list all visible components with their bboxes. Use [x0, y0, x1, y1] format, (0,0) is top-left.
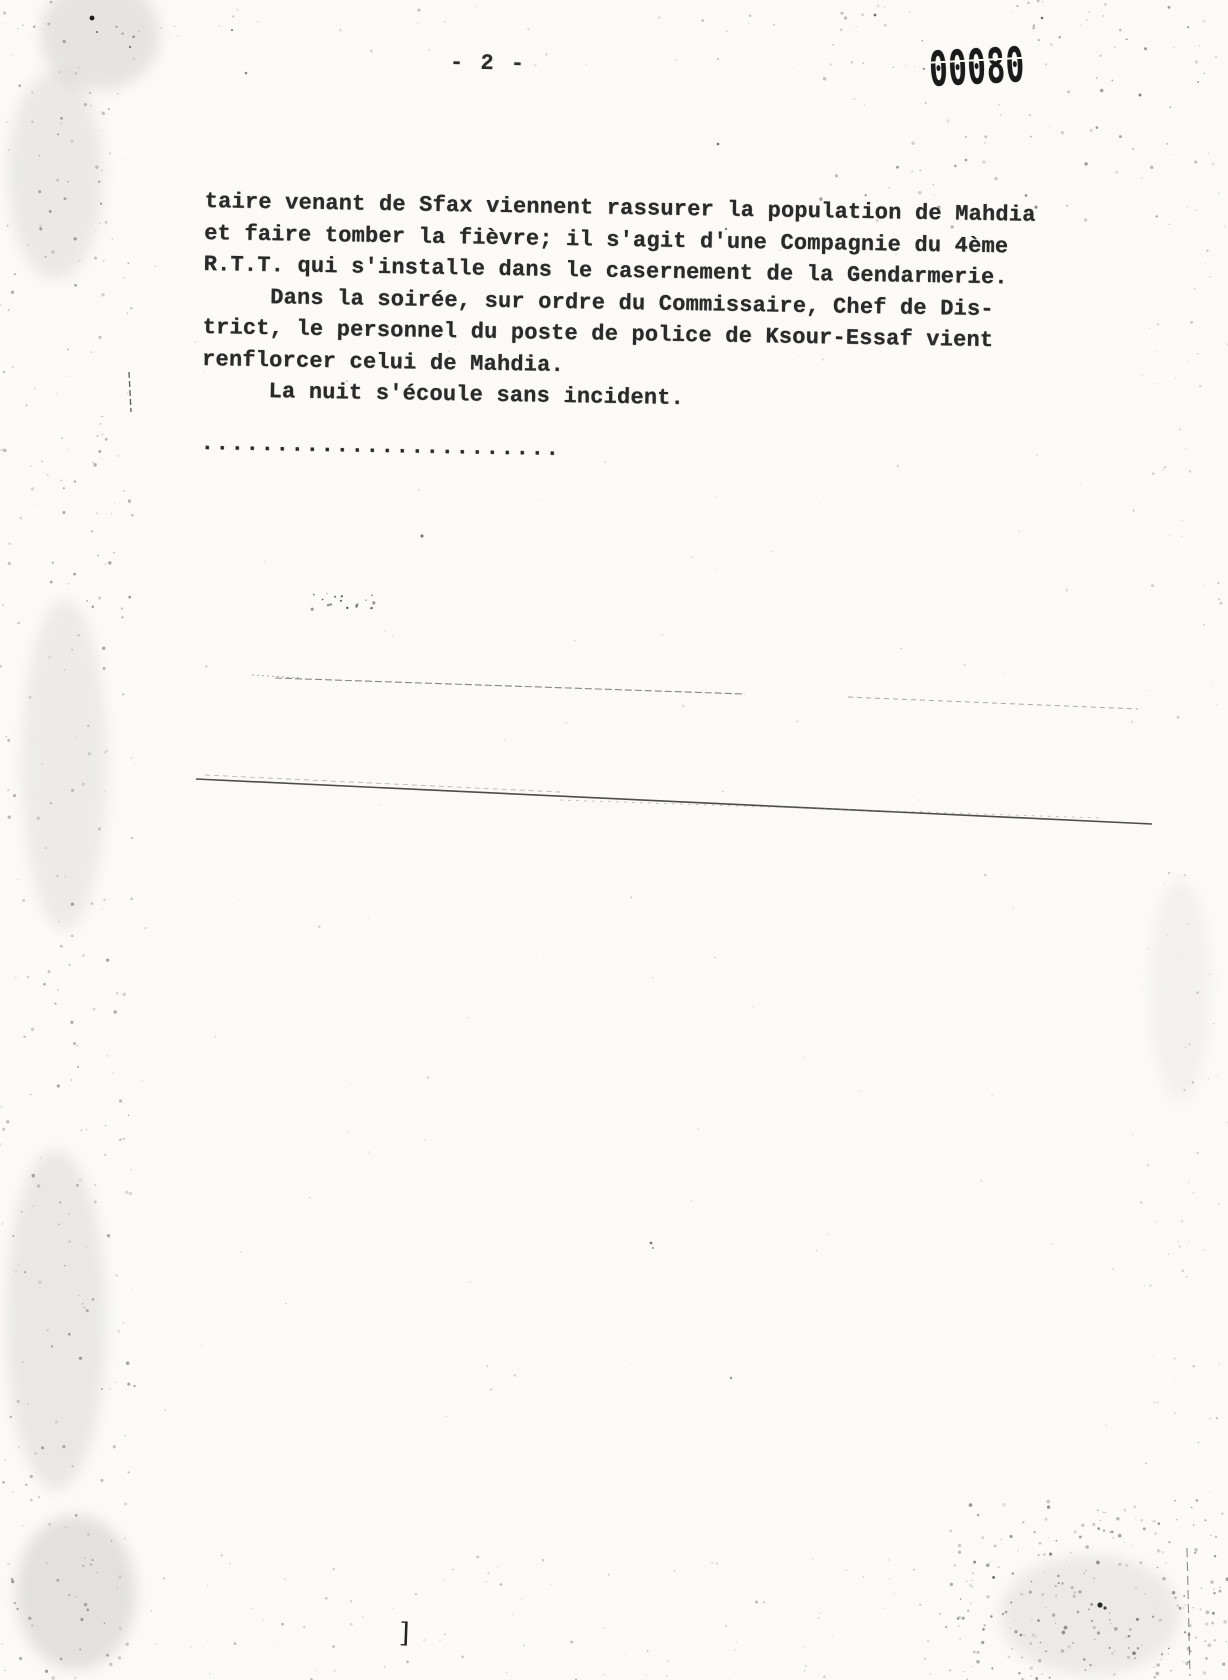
toner-smudge: [1000, 1555, 1180, 1675]
crease-line-upper: [275, 678, 745, 694]
crease-line-upper-right: [848, 697, 1138, 709]
toner-smudge: [1150, 880, 1210, 1100]
toner-smudge: [8, 70, 103, 280]
toner-smudge: [16, 1515, 136, 1670]
toner-smudge: [6, 1150, 106, 1490]
page-number: - 2 -: [450, 51, 526, 76]
dotted-separator: ........................: [200, 427, 1060, 473]
crease-line-lower-echo: [205, 775, 560, 792]
left-margin-tick: [129, 372, 131, 412]
bracket-artifact: ]: [399, 1620, 410, 1647]
archive-stamp-number: 00080: [928, 41, 1026, 94]
body-text: taire venant de Sfax viennent rassurer l…: [200, 186, 1064, 473]
crease-line-lower: [196, 779, 1152, 824]
toner-smudge: [40, 0, 160, 90]
right-edge-line: [1187, 1548, 1190, 1676]
toner-smudge: [22, 600, 107, 930]
scanned-document-page: - 2 - 00080 taire venant de Sfax viennen…: [0, 0, 1228, 1680]
crease-line-lower-echo2: [560, 800, 1100, 818]
crease-line-upper-leadin: [252, 675, 300, 678]
